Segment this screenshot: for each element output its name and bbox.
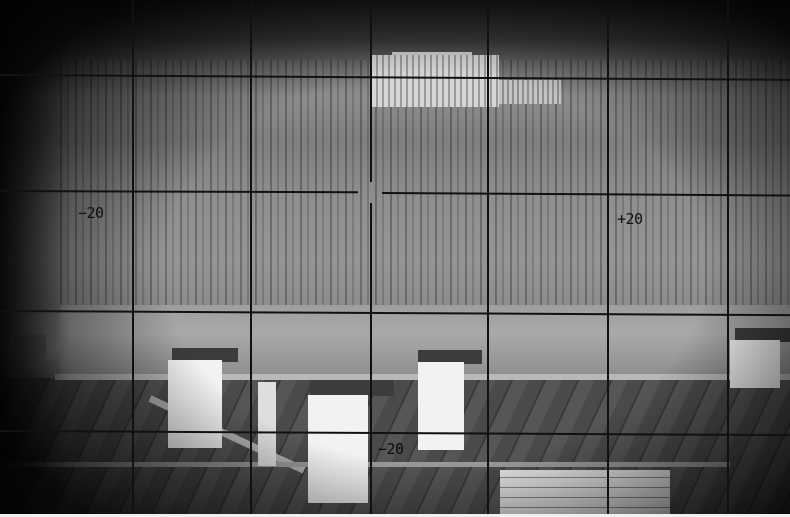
chimney-cap [310,380,394,396]
vent-post [258,382,276,466]
chimney [308,395,368,503]
left-shadow [0,0,70,517]
reticle-label-left: −20 [78,206,104,221]
viewfinder-scene: −20 +20 −20 [0,0,790,517]
reticle-label-right: +20 [617,212,643,227]
reticle-label-bottom: −20 [378,442,404,457]
roof-hatch [500,470,670,517]
chimney [418,362,464,450]
distant-building [372,55,499,107]
reticle-vertical-line [250,0,252,517]
chimney [730,340,780,388]
chimney [168,360,222,448]
reticle-center-vertical-upper [370,0,372,182]
reticle-center-vertical-lower [370,203,372,517]
reticle-vertical-line [132,0,134,517]
distant-building-wing [499,80,561,104]
